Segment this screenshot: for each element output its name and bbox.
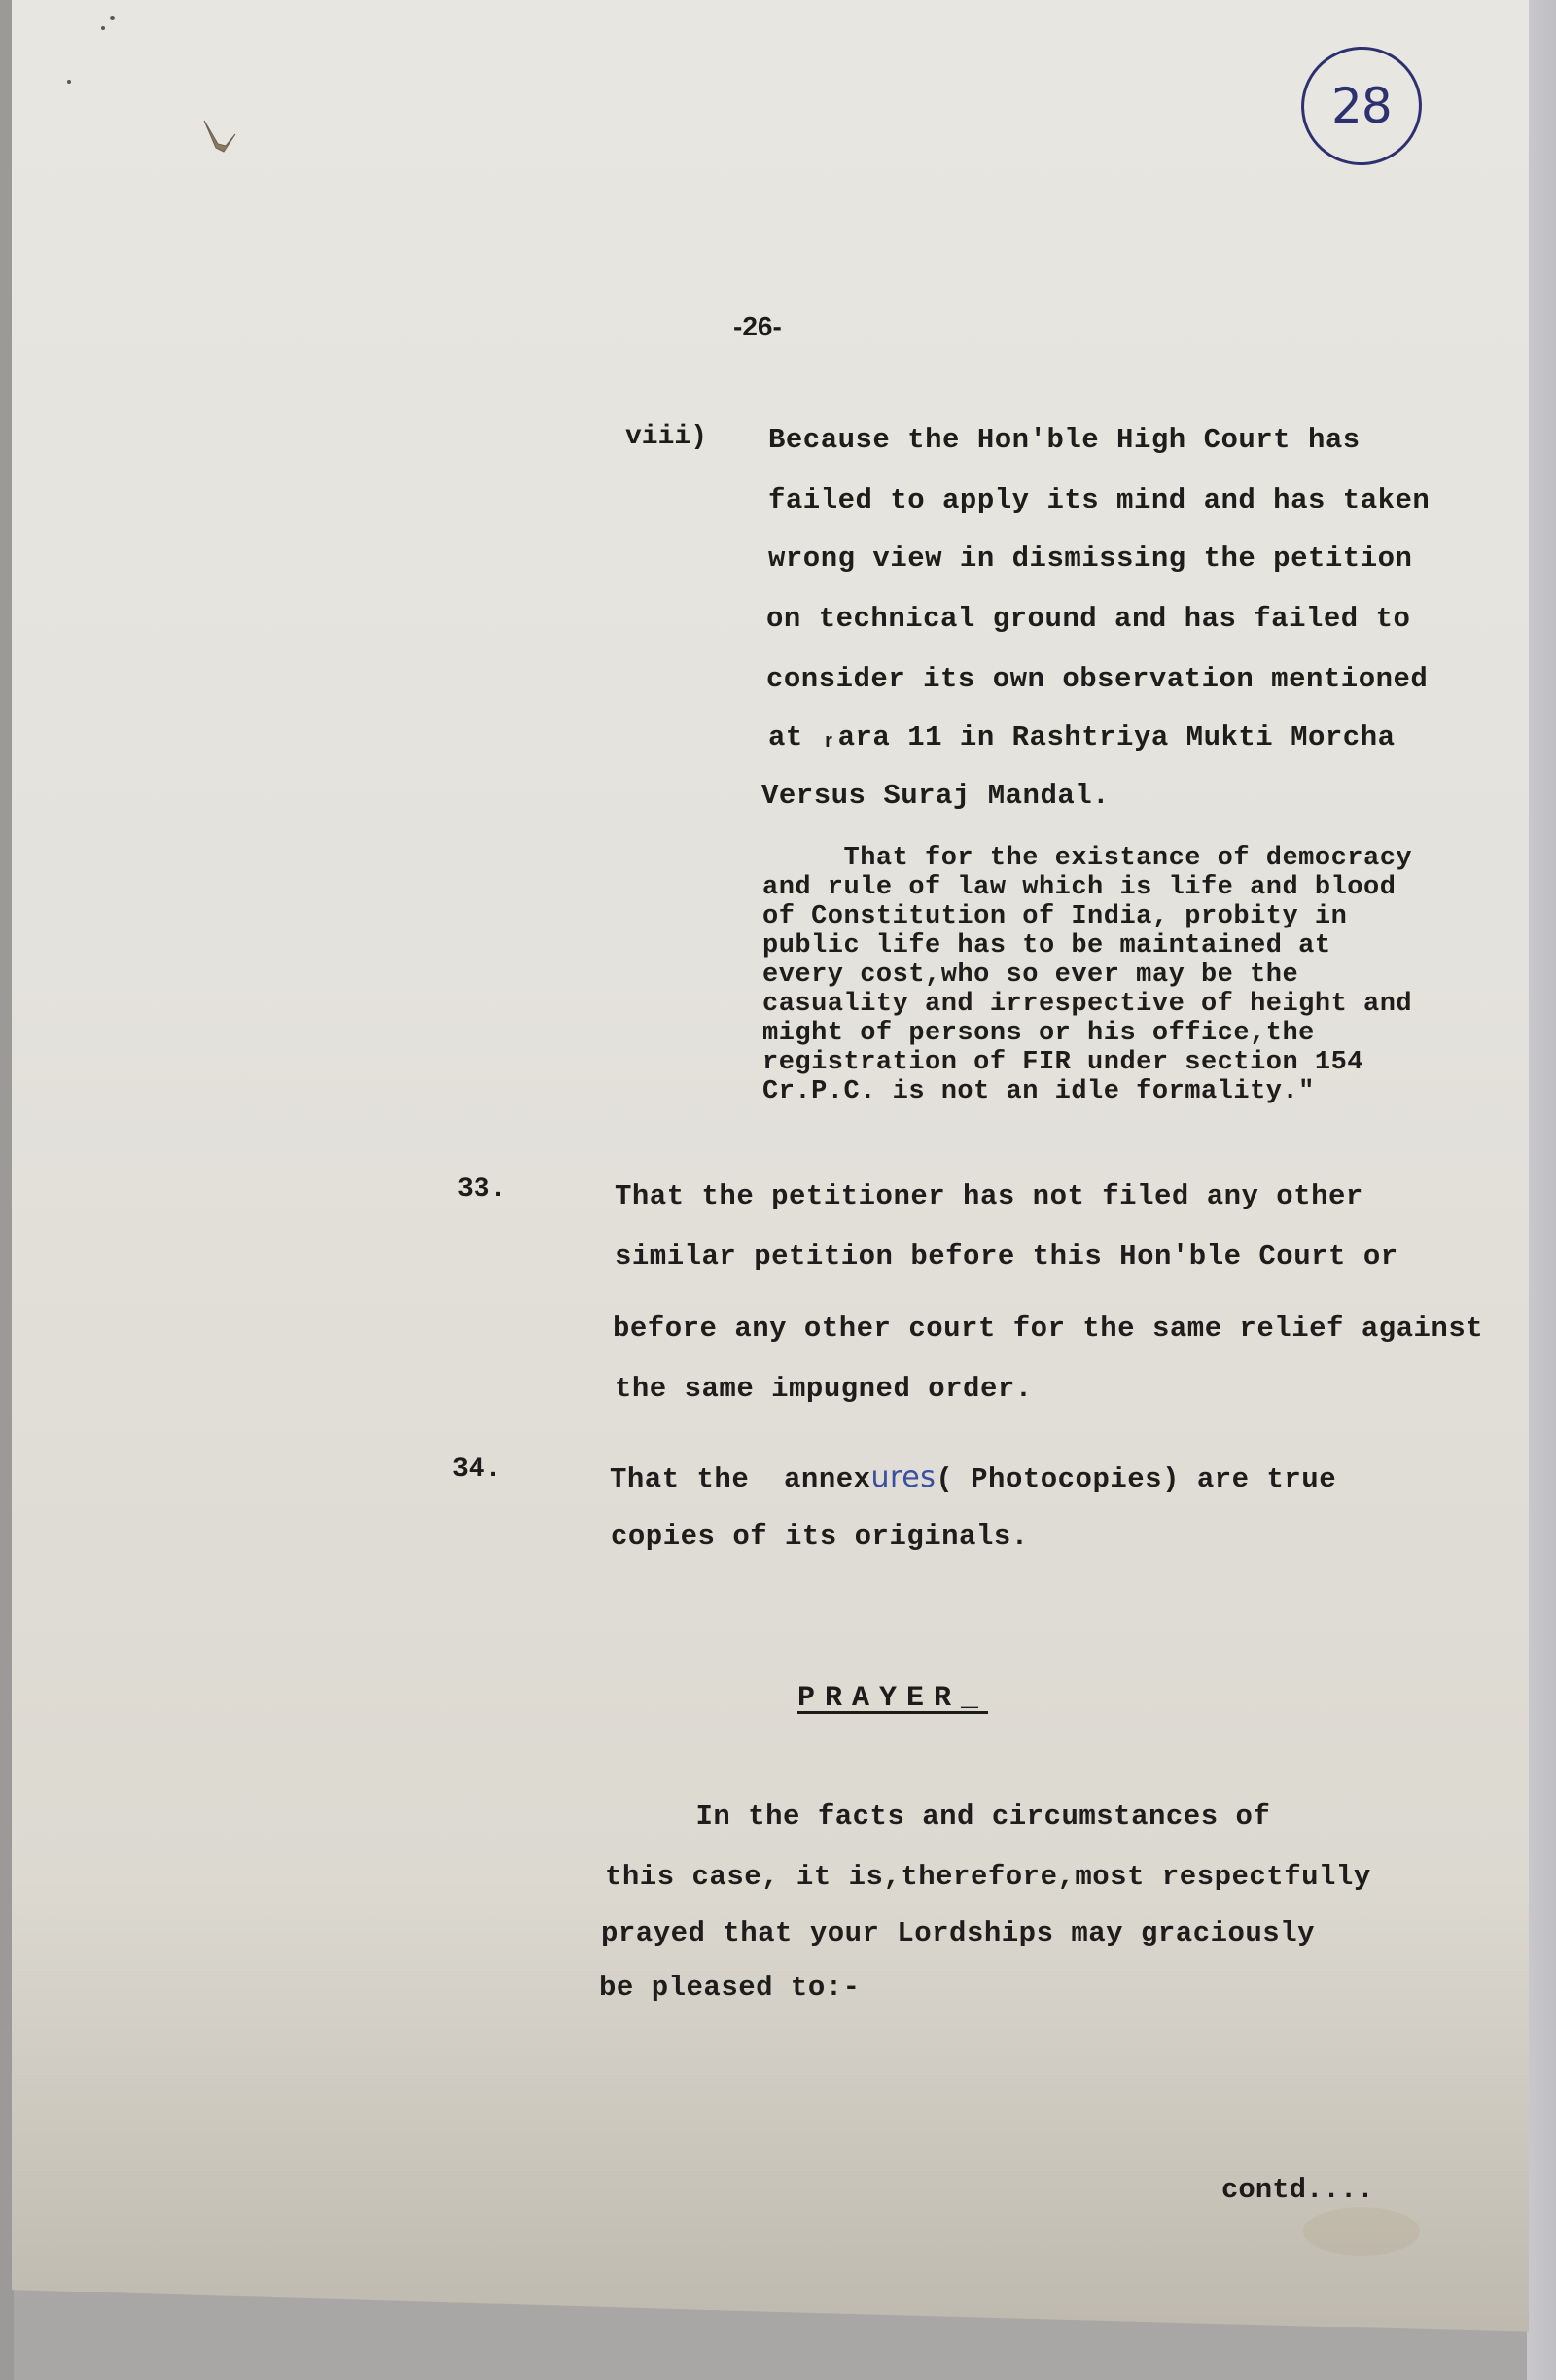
paragraph-number: 33. [457, 1174, 506, 1205]
paper-tear-mark [202, 119, 237, 157]
quote-line: casuality and irrespective of height and [762, 990, 1412, 1019]
quote-line: registration of FIR under section 154 [762, 1048, 1363, 1077]
prayer-line: be pleased to:- [599, 1972, 861, 2004]
continued-marker: contd.... [1221, 2174, 1374, 2206]
quote-line: public life has to be maintained at [762, 931, 1331, 961]
ground-line: wrong view in dismissing the petition [768, 542, 1412, 575]
quote-line: every cost,who so ever may be the [762, 961, 1298, 990]
ground-line: Because the Hon'ble High Court has [768, 424, 1361, 456]
annex-text-before: That the annex [610, 1463, 871, 1495]
prayer-heading: PRAYER_ [797, 1682, 988, 1715]
ground-line: failed to apply its mind and has taken [768, 484, 1430, 516]
paragraph-number: 34. [452, 1454, 501, 1485]
speck [101, 26, 105, 30]
ground-line: consider its own observation mentioned [766, 663, 1428, 695]
quote-line: of Constitution of India, probity in [762, 902, 1347, 931]
paragraph-line: That the petitioner has not filed any ot… [615, 1180, 1363, 1212]
quote-line: and rule of law which is life and blood [762, 873, 1396, 902]
prayer-line: prayed that your Lordships may graciousl… [601, 1917, 1315, 1949]
prayer-line: this case, it is,therefore,most respectf… [605, 1861, 1371, 1893]
speck [67, 80, 71, 84]
ground-line: on technical ground and has failed to [766, 603, 1410, 635]
ground-line: at ᵣara 11 in Rashtriya Mukti Morcha [768, 721, 1396, 753]
paragraph-line: the same impugned order. [615, 1373, 1033, 1405]
ground-line: Versus Suraj Mandal. [761, 780, 1110, 812]
prayer-line: In the facts and circumstances of [609, 1801, 1270, 1833]
quote-line: That for the existance of democracy [762, 844, 1412, 873]
quote-line: Cr.P.C. is not an idle formality." [762, 1077, 1315, 1106]
stain [1303, 2207, 1420, 2256]
backdrop-right [1527, 0, 1556, 2380]
backdrop-left [0, 0, 14, 2380]
annex-text-after: ( Photocopies) are true [936, 1463, 1336, 1495]
paragraph-line: copies of its originals. [611, 1521, 1029, 1553]
handwritten-correction: ures [871, 1460, 937, 1494]
paragraph-line: similar petition before this Hon'ble Cou… [615, 1241, 1398, 1273]
ground-label: viii) [625, 422, 707, 452]
paragraph-line: before any other court for the same reli… [613, 1312, 1483, 1345]
speck [110, 16, 115, 20]
typed-page-label: -26- [733, 311, 782, 342]
paragraph-line: That the annexures( Photocopies) are tru… [610, 1460, 1336, 1495]
quote-line: might of persons or his office,the [762, 1019, 1315, 1048]
page-number-text: 28 [1331, 78, 1392, 134]
